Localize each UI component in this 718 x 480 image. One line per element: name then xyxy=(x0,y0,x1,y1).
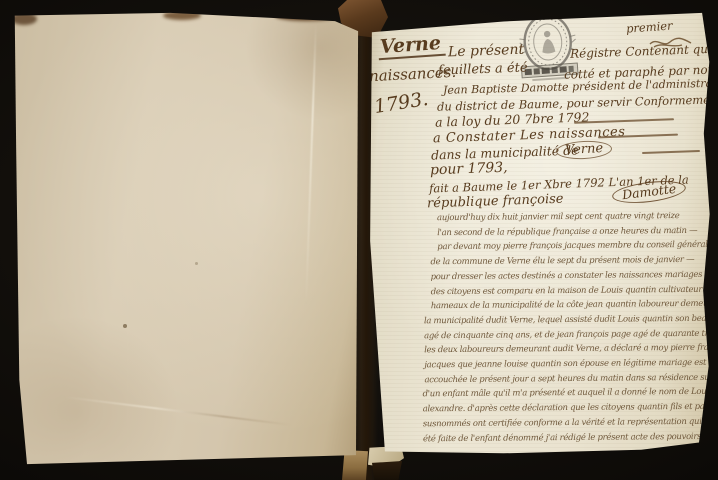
pen-dash-line-icon xyxy=(642,150,700,154)
manuscript-line: été faite de l'enfant dénommé j'ai rédig… xyxy=(423,429,713,446)
left-page-blank xyxy=(13,12,363,466)
paper-crease xyxy=(305,24,317,304)
ink-speck xyxy=(195,262,198,265)
heading-place-encircled: Verne xyxy=(556,140,613,161)
heading-line: Régistre Contenant quatre xyxy=(570,41,718,61)
margin-note-year: 1793. xyxy=(373,88,430,118)
scorch-mark xyxy=(275,11,337,21)
folio-label: premier xyxy=(626,18,673,35)
spine-dark-strip xyxy=(372,461,402,480)
heading-line: feuillets a été xyxy=(438,60,528,78)
ink-speck xyxy=(123,324,127,328)
birth-act-paragraph: aujourd'huy dix huit janvier mil sept ce… xyxy=(423,209,713,447)
scorch-mark xyxy=(163,11,201,20)
margin-note-place: Verne xyxy=(377,32,446,61)
heading-line: pour 1793, xyxy=(430,160,508,179)
scorch-mark xyxy=(11,13,37,25)
heading-line: Le présent xyxy=(448,42,525,61)
paper-crease xyxy=(64,396,293,426)
right-page-manuscript: premier Verne naissances. 1793. Le prése… xyxy=(366,8,710,456)
archival-register-scan: premier Verne naissances. 1793. Le prése… xyxy=(0,0,718,480)
